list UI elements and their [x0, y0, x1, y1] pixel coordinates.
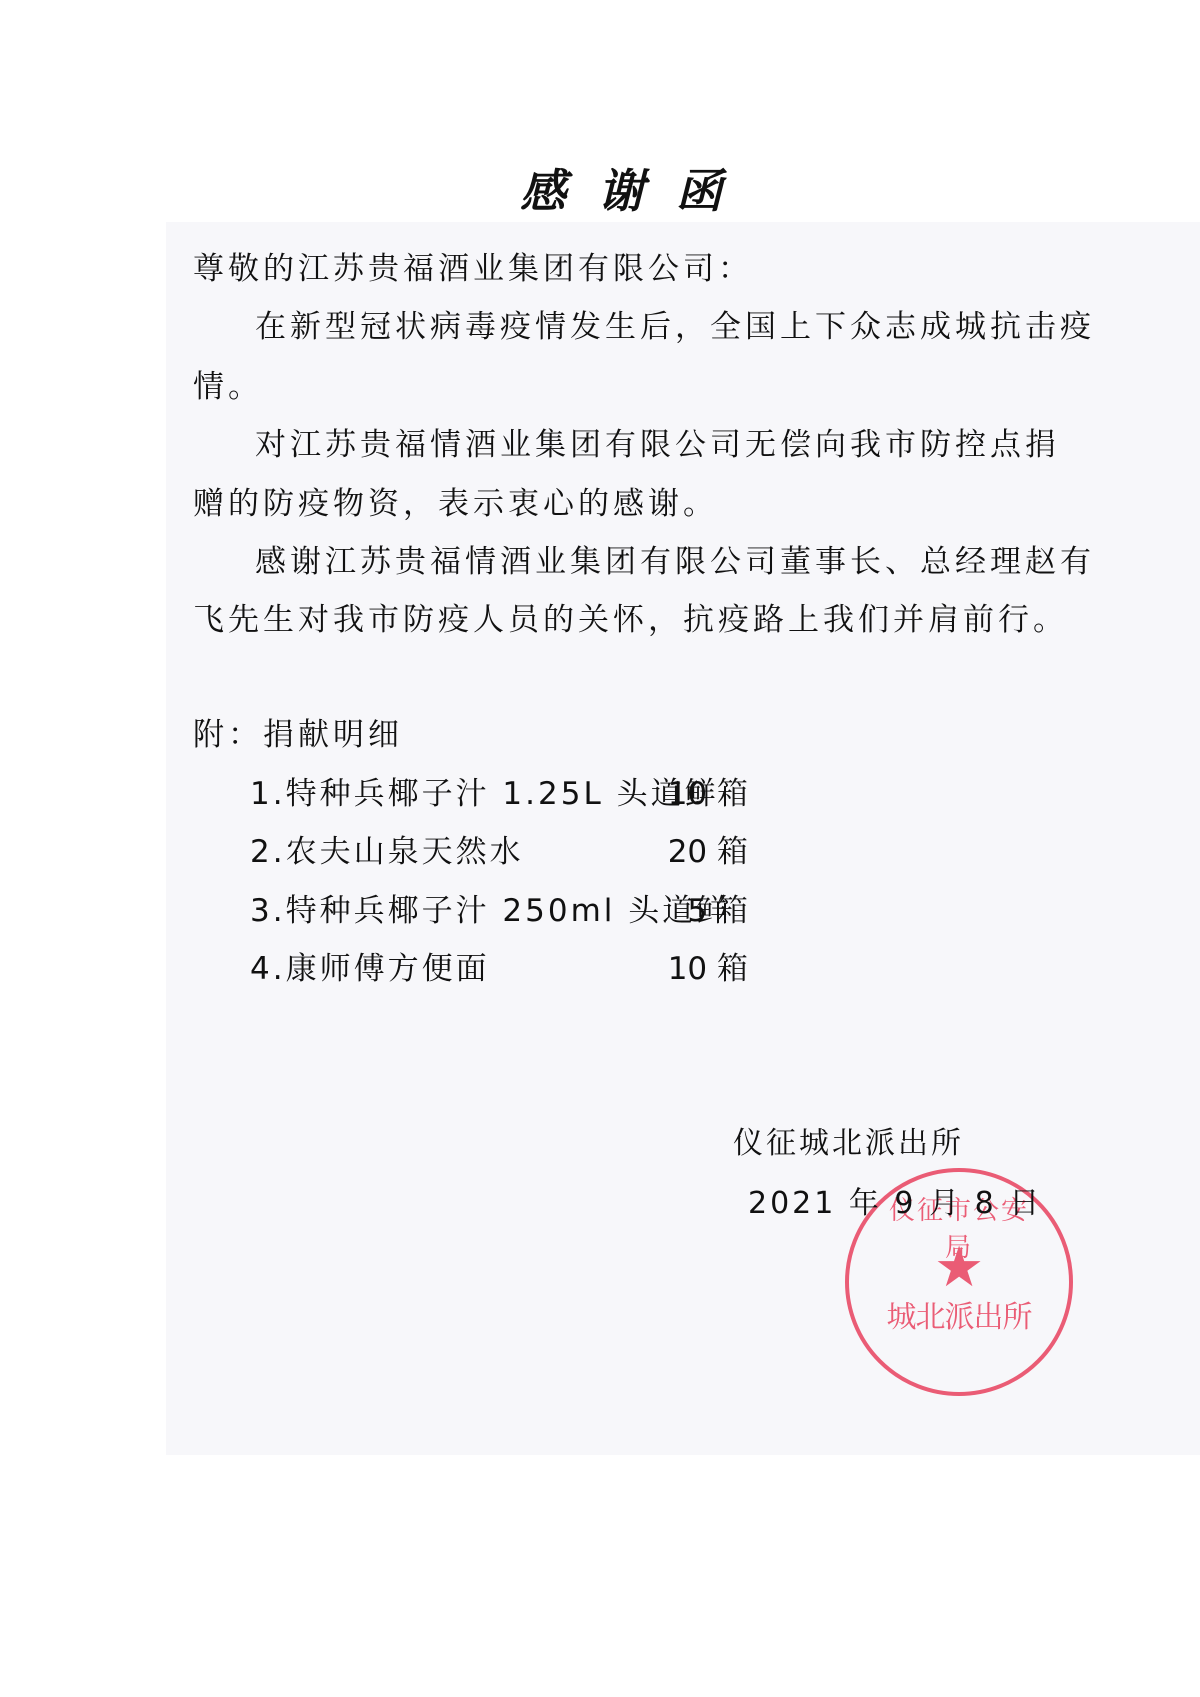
- document-title: 感谢函: [520, 155, 760, 221]
- paragraph-2-line-1: 对江苏贵福情酒业集团有限公司无偿向我市防控点捐: [255, 419, 1060, 464]
- donation-item-name: 2.农夫山泉天然水: [250, 826, 524, 871]
- paragraph-2-line-2: 赠的防疫物资，表示衷心的感谢。: [193, 478, 718, 523]
- paragraph-1-line-2: 情。: [193, 361, 263, 406]
- attachment-heading: 附：捐献明细: [193, 709, 403, 754]
- paragraph-3-line-1: 感谢江苏贵福情酒业集团有限公司董事长、总经理赵有: [255, 536, 1095, 581]
- donation-item-quantity: 10 箱: [608, 943, 748, 988]
- salutation: 尊敬的江苏贵福酒业集团有限公司：: [193, 243, 753, 288]
- donation-item-name: 4.康师傅方便面: [250, 943, 490, 988]
- stamp-bottom-text: 城北派出所: [871, 1292, 1047, 1336]
- donation-item-quantity: 20 箱: [608, 826, 748, 871]
- donation-item-quantity: 5 箱: [608, 885, 748, 930]
- star-icon: ★: [934, 1240, 984, 1296]
- signature-organization: 仪征城北派出所: [733, 1118, 964, 1162]
- paragraph-3-line-2: 飞先生对我市防疫人员的关怀，抗疫路上我们并肩前行。: [193, 594, 1068, 639]
- donation-item-quantity: 10 箱: [608, 768, 748, 813]
- paragraph-1-line-1: 在新型冠状病毒疫情发生后，全国上下众志成城抗击疫: [255, 301, 1095, 346]
- signature-date: 2021 年 9 月 8 日: [748, 1178, 1042, 1222]
